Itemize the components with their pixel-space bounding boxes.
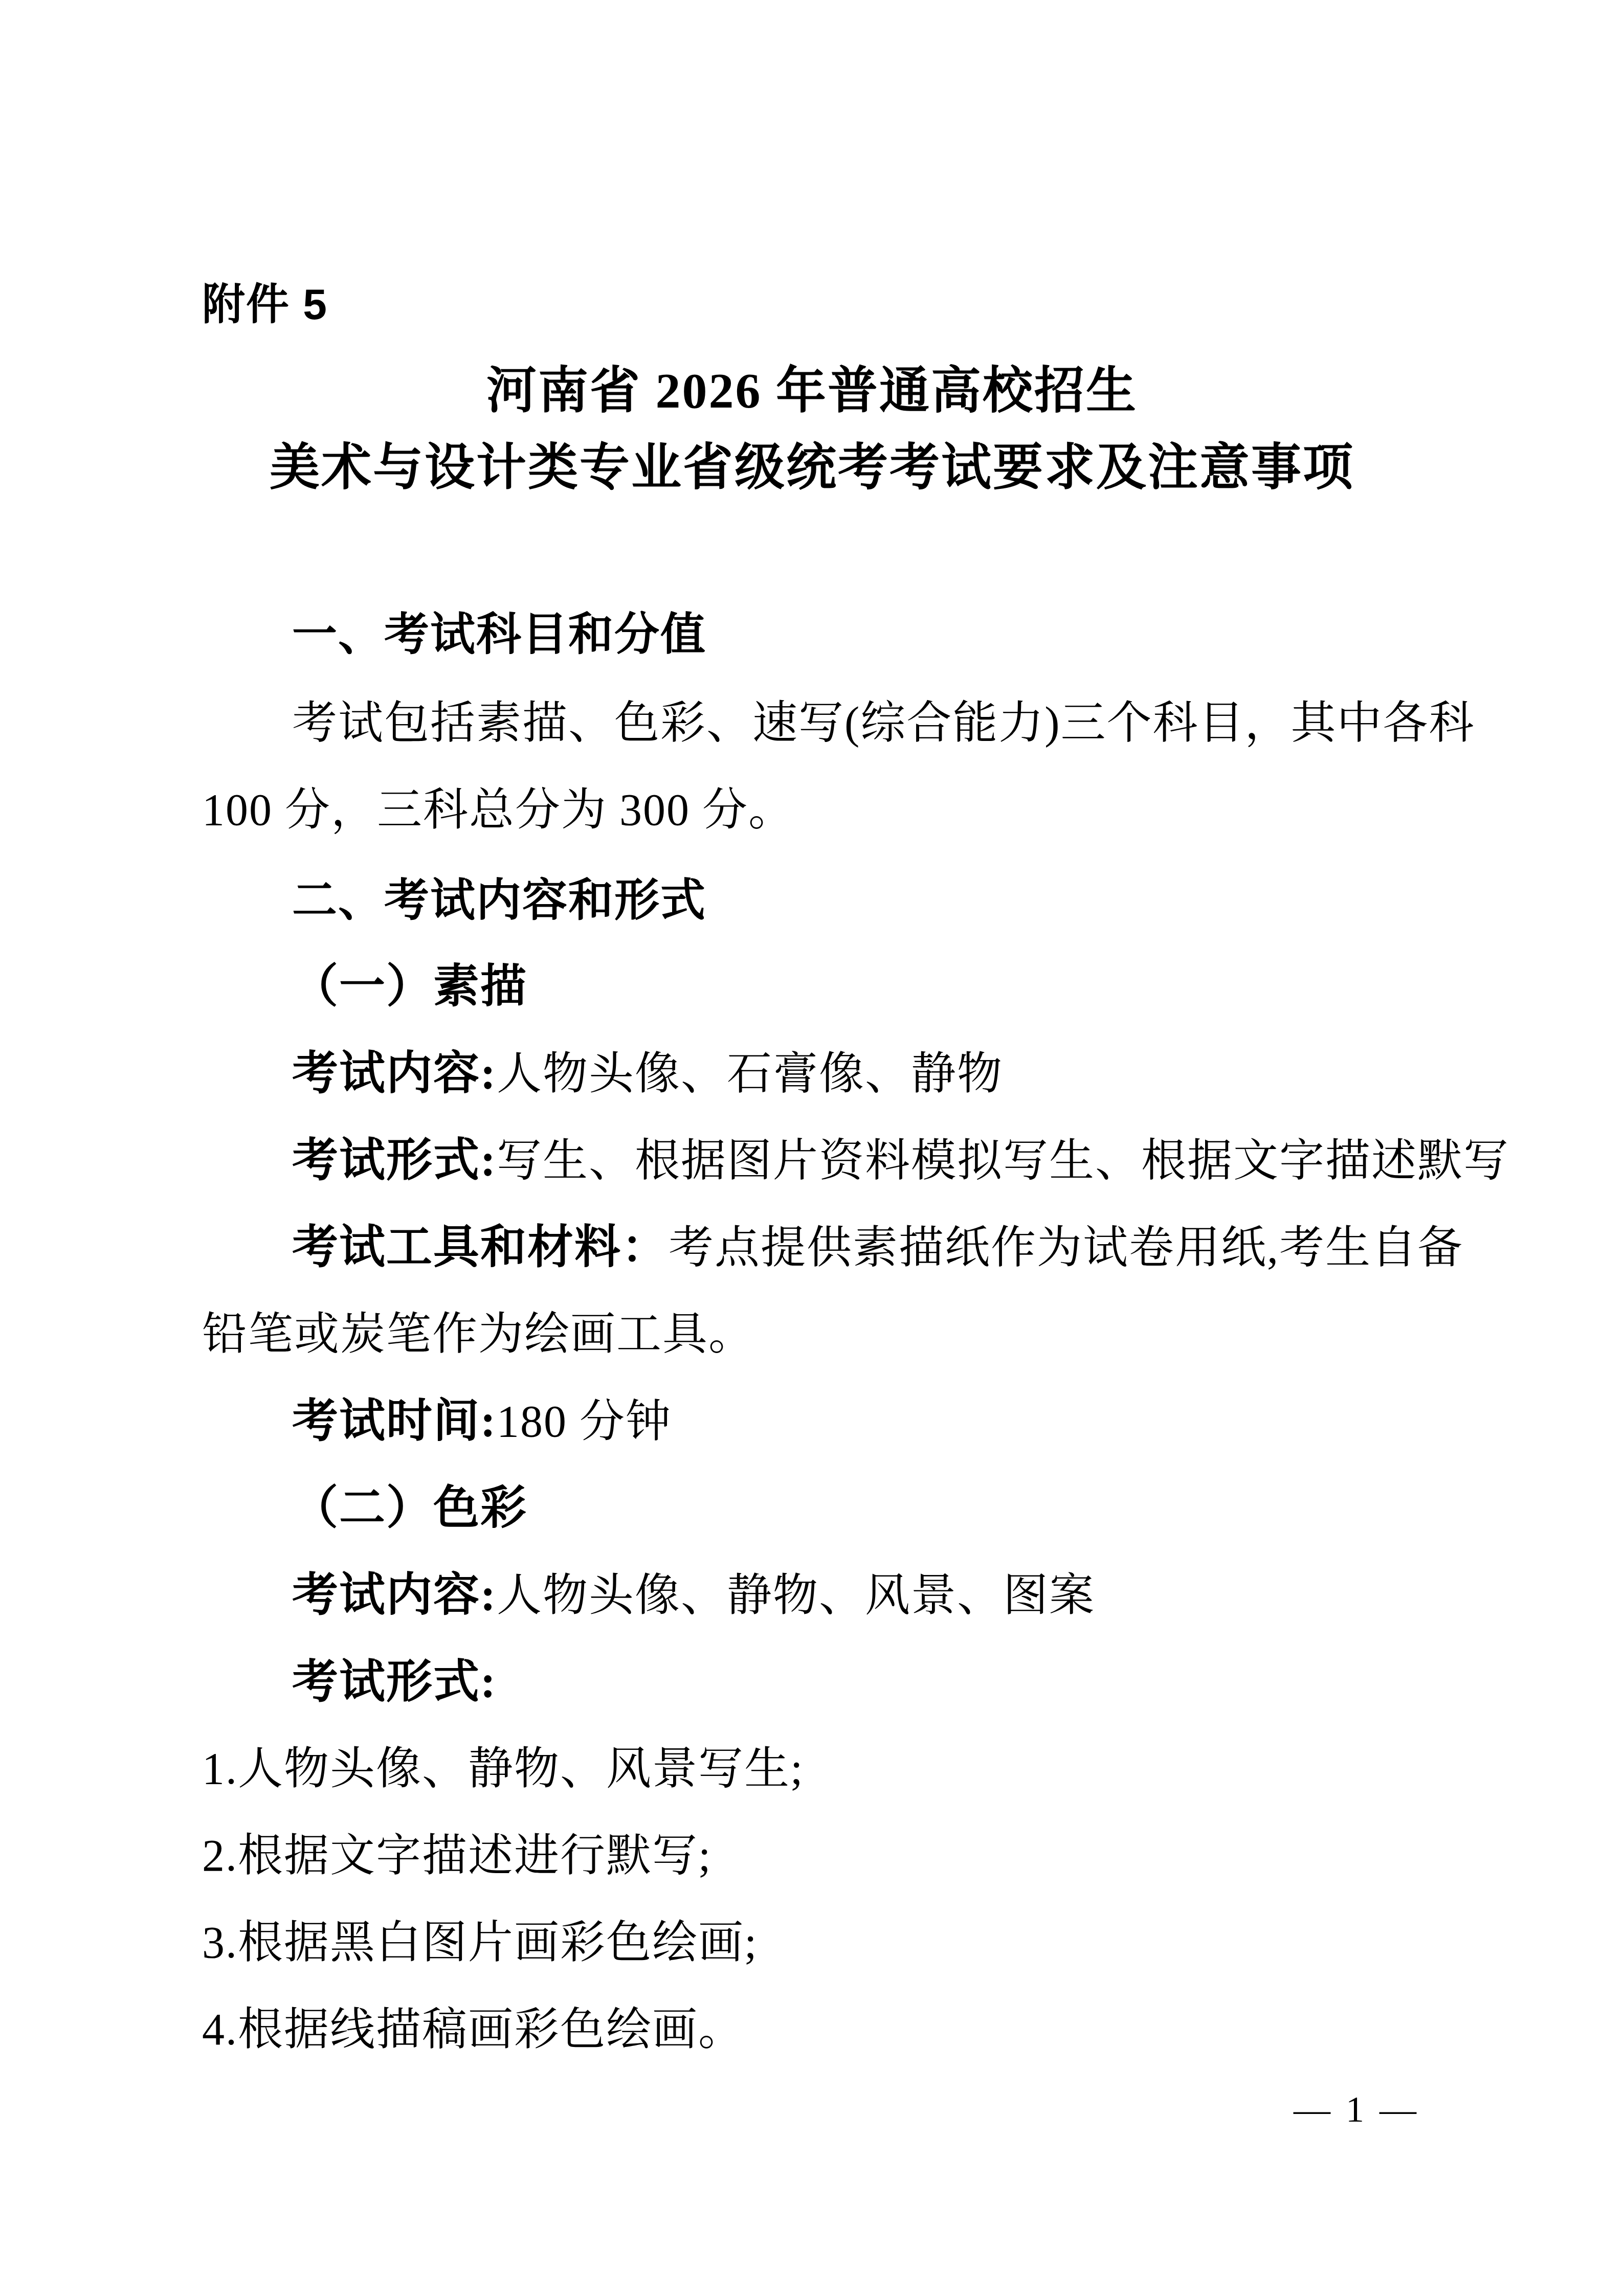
sketch-content-value: 人物头像、石膏像、静物 xyxy=(497,1049,1003,1099)
section-1-heading: 一、考试科目和分值 xyxy=(202,591,1476,678)
sketch-content-label: 考试内容: xyxy=(292,1048,497,1099)
sketch-tools-value-line-2: 铅笔或炭笔作为绘画工具。 xyxy=(202,1291,1476,1378)
sketch-time-value: 180 分钟 xyxy=(497,1397,672,1447)
color-form-item-1: 1.人物头像、静物、风景写生; xyxy=(202,1726,1476,1813)
section-1-body-line-1: 考试包括素描、色彩、速写(综合能力)三个科目，其中各科 xyxy=(202,680,1476,767)
section-1-body-line-2: 100 分，三科总分为 300 分。 xyxy=(202,767,1476,854)
page-number: — 1 — xyxy=(202,2066,1419,2153)
section-2-heading: 二、考试内容和形式 xyxy=(202,857,1476,943)
color-form-label: 考试形式: xyxy=(292,1657,497,1707)
sketch-time-label: 考试时间: xyxy=(292,1396,497,1447)
sketch-form-value: 写生、根据图片资料模拟写生、根据文字描述默写 xyxy=(497,1136,1509,1186)
sketch-form-line: 考试形式:写生、根据图片资料模拟写生、根据文字描述默写 xyxy=(202,1117,1476,1204)
color-content-label: 考试内容: xyxy=(292,1570,497,1620)
document-page: 附件 5 河南省 2026 年普通高校招生 美术与设计类专业省级统考考试要求及注… xyxy=(0,0,1624,2296)
document-title-line-1: 河南省 2026 年普通高校招生 xyxy=(0,348,1624,435)
color-content-value: 人物头像、静物、风景、图案 xyxy=(497,1571,1095,1620)
color-form-item-3: 3.根据黑白图片画彩色绘画; xyxy=(202,1900,1476,1987)
sketch-content-line: 考试内容:人物头像、石膏像、静物 xyxy=(202,1030,1476,1117)
color-form-item-2: 2.根据文字描述进行默写; xyxy=(202,1813,1476,1900)
sketch-time-line: 考试时间:180 分钟 xyxy=(202,1378,1476,1465)
sketch-form-label: 考试形式: xyxy=(292,1135,497,1186)
sketch-tools-value-line-1: 考点提供素描纸作为试卷用纸,考生自备 xyxy=(669,1223,1463,1273)
color-form-line: 考试形式: xyxy=(202,1639,1476,1726)
color-form-item-4: 4.根据线描稿画彩色绘画。 xyxy=(202,1987,1476,2074)
subsection-sketch-heading: （一）素描 xyxy=(202,943,1476,1030)
subsection-color-heading: （二）色彩 xyxy=(202,1465,1476,1552)
document-title-line-2: 美术与设计类专业省级统考考试要求及注意事项 xyxy=(0,424,1624,511)
color-content-line: 考试内容:人物头像、静物、风景、图案 xyxy=(202,1552,1476,1639)
sketch-tools-label: 考试工具和材料： xyxy=(292,1222,669,1273)
attachment-label: 附件 5 xyxy=(202,261,1476,348)
sketch-tools-line-1: 考试工具和材料：考点提供素描纸作为试卷用纸,考生自备 xyxy=(202,1204,1476,1291)
